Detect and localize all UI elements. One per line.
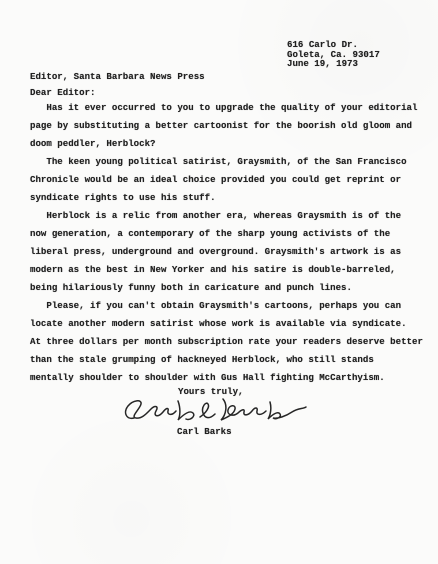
body-line: liberal press, underground and overgroun… — [30, 243, 423, 261]
body-line: doom peddler, Herblock? — [30, 135, 423, 153]
body-line: Herblock is a relic from another era, wh… — [30, 207, 423, 225]
body-line: than the stale grumping of hackneyed Her… — [30, 351, 423, 369]
body-line: The keen young political satirist, Grays… — [30, 153, 423, 171]
body-line: locate another modern satirist whose wor… — [30, 315, 423, 333]
body-line: now generation, a contemporary of the sh… — [30, 225, 423, 243]
letter-body: Has it ever occurred to you to upgrade t… — [30, 99, 423, 387]
body-line: Has it ever occurred to you to upgrade t… — [30, 99, 423, 117]
letter-date: June 19, 1973 — [287, 59, 380, 69]
signed-name: Carl Barks — [177, 426, 232, 437]
body-line: syndicate rights to use his stuff. — [30, 189, 423, 207]
recipient-line: Editor, Santa Barbara News Press — [30, 71, 205, 82]
body-line: modern as the best in New Yorker and his… — [30, 261, 423, 279]
body-line: page by substituting a better cartoonist… — [30, 117, 423, 135]
body-line: Please, if you can't obtain Graysmith's … — [30, 297, 423, 315]
body-line: Chronicle would be an ideal choice provi… — [30, 171, 423, 189]
letter-page: 616 Carlo Dr. Goleta, Ca. 93017 June 19,… — [0, 0, 438, 564]
salutation: Dear Editor: — [30, 87, 96, 98]
body-line: being hilariously funny both in caricatu… — [30, 279, 423, 297]
sender-address-block: 616 Carlo Dr. Goleta, Ca. 93017 June 19,… — [287, 40, 380, 69]
body-line: At three dollars per month subscription … — [30, 333, 423, 351]
body-line: mentally shoulder to shoulder with Gus H… — [30, 369, 423, 387]
